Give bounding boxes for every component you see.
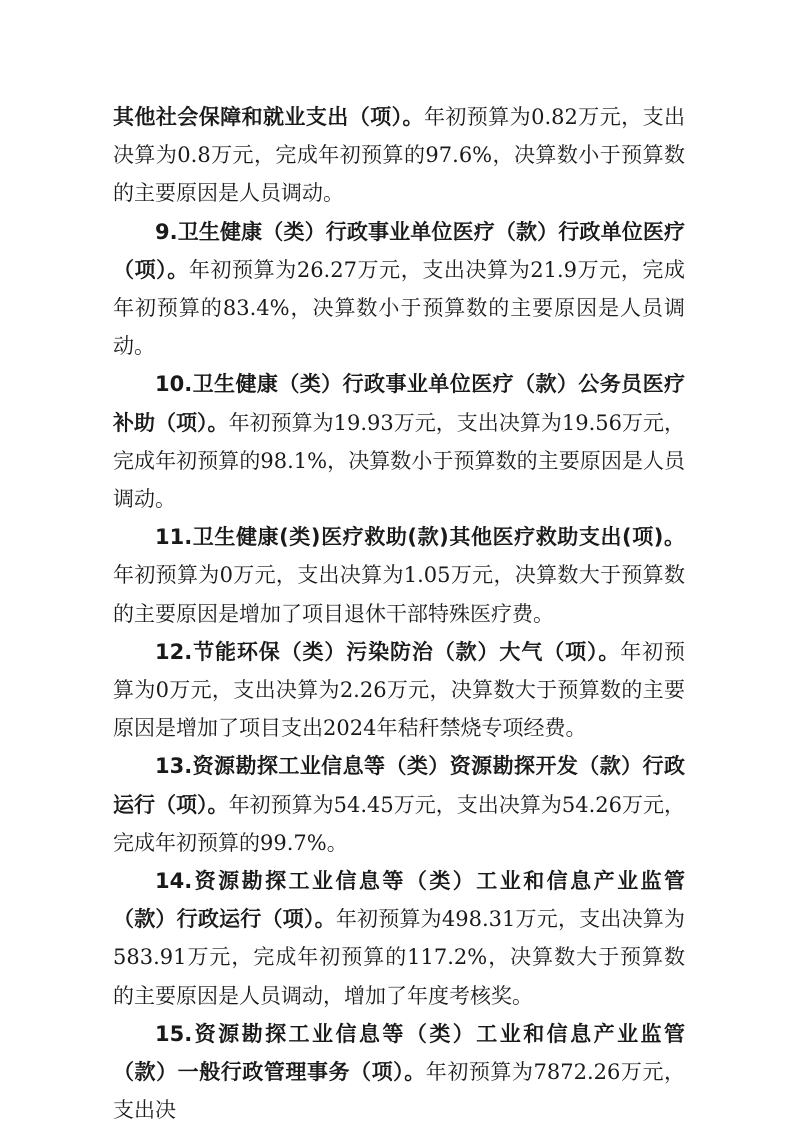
item-heading: 其他社会保障和就业支出（项）。 <box>113 105 424 129</box>
paragraph-item-14: 14.资源勘探工业信息等（类）工业和信息产业监管（款）行政运行（项）。年初预算为… <box>113 862 685 1015</box>
paragraph-item-13: 13.资源勘探工业信息等（类）资源勘探开发（款）行政运行（项）。年初预算为54.… <box>113 747 685 862</box>
item-heading: 12.节能环保（类）污染防治（款）大气（项）。 <box>155 640 620 664</box>
paragraph-item-10: 10.卫生健康（类）行政事业单位医疗（款）公务员医疗补助（项）。年初预算为19.… <box>113 365 685 518</box>
document-page: 其他社会保障和就业支出（项）。年初预算为0.82万元，支出决算为0.8万元，完成… <box>113 98 685 1122</box>
paragraph-item-15: 15.资源勘探工业信息等（类）工业和信息产业监管（款）一般行政管理事务（项）。年… <box>113 1015 685 1122</box>
paragraph-item-9: 9.卫生健康（类）行政事业单位医疗（款）行政单位医疗（项）。年初预算为26.27… <box>113 213 685 366</box>
item-heading: 11.卫生健康(类)医疗救助(款)其他医疗救助支出(项)。 <box>155 525 685 549</box>
paragraph-item-12: 12.节能环保（类）污染防治（款）大气（项）。年初预算为0万元，支出决算为2.2… <box>113 633 685 748</box>
paragraph-item-11: 11.卫生健康(类)医疗救助(款)其他医疗救助支出(项)。年初预算为0万元，支出… <box>113 518 685 633</box>
item-body: 年初预算为0万元，支出决算为1.05万元，决算数大于预算数的主要原因是增加了项目… <box>113 563 685 625</box>
item-body: 年初预算为26.27万元，支出决算为21.9万元，完成年初预算的83.4%，决算… <box>113 258 685 358</box>
paragraph-other-social-security: 其他社会保障和就业支出（项）。年初预算为0.82万元，支出决算为0.8万元，完成… <box>113 98 685 213</box>
